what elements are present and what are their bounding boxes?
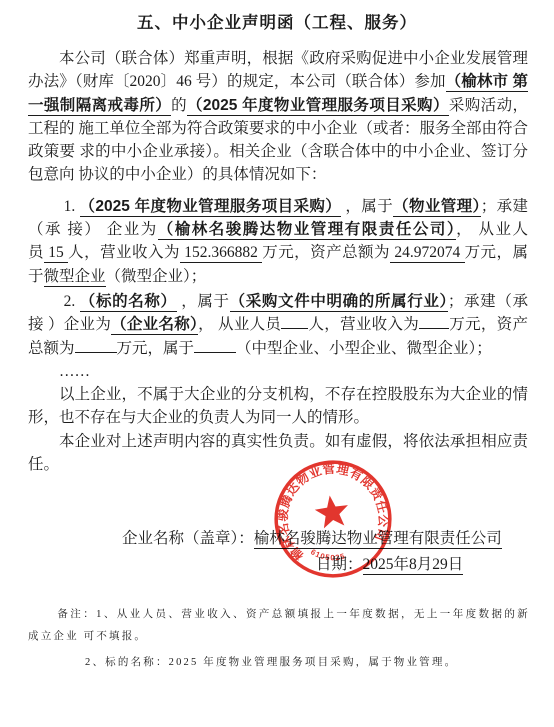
text-run: 微型企业 xyxy=(44,268,106,287)
text-run: 万元，资产总额为 xyxy=(262,244,390,261)
item-2: 2. （标的名称） ，属于（采购文件中明确的所属行业）；承建（承 接 ）企业为（… xyxy=(28,290,528,360)
text-run: （中型企业、小型企业、微型企业）； xyxy=(236,340,492,357)
text-run: （企业名称） xyxy=(111,316,198,335)
text-run: ， 从业人员 xyxy=(198,316,281,333)
text-run: （2025 年度物业管理服务项目采购） xyxy=(187,97,449,116)
text-run: 2. xyxy=(64,293,80,310)
blank-field xyxy=(75,338,117,353)
text-run: 152.366882 xyxy=(180,244,262,263)
text-run: 万元，属于 xyxy=(117,340,195,357)
text-run: （标的名称） xyxy=(80,293,177,312)
notes-section: 备注：1、从业人员、营业收入、资产总额填报上一年度数据，无上一年度数据的新成立企… xyxy=(28,604,530,674)
text-run: （微型企业）； xyxy=(106,268,207,285)
blank-field xyxy=(194,338,236,353)
text-run: （2025 年度物业管理服务项目采购） xyxy=(80,198,342,217)
text-run: …… xyxy=(59,363,90,380)
ellipsis-line: …… xyxy=(28,360,528,383)
note-item-1: 备注：1、从业人员、营业收入、资产总额填报上一年度数据，无上一年度数据的新成立企… xyxy=(28,604,530,648)
company-seal: 榆林名骏腾达物业管理有限责任公司 6105025 xyxy=(263,449,403,589)
text-run: 以上企业，不属于大企业的分支机构，不存在控股股东为大企业的情 形，也不存在与大企… xyxy=(28,386,528,426)
intro-paragraph: 本公司（联合体）郑重声明，根据《政府采购促进中小企业发展管理办法》（财库〔202… xyxy=(28,47,528,187)
note-item-2: 2、标的名称：2025 年度物业管理服务项目采购，属于物业管理。 xyxy=(85,652,530,674)
text-run: 人，营业收入为 xyxy=(68,244,180,261)
company-seal-label: 企业名称（盖章）： xyxy=(122,530,254,547)
text-run: （榆林名骏腾达物业管理有限责任公司） xyxy=(158,221,456,240)
text-run: （物业管理） xyxy=(393,198,481,217)
declaration-document-page: 五、中小企业声明函（工程、服务） 本公司（联合体）郑重声明，根据《政府采购促进中… xyxy=(0,0,554,727)
no-large-enterprise-paragraph: 以上企业，不属于大企业的分支机构，不存在控股股东为大企业的情 形，也不存在与大企… xyxy=(28,383,528,430)
blank-field xyxy=(281,314,308,329)
text-run: 15 xyxy=(44,244,68,263)
text-run: 24.972074 xyxy=(390,244,465,263)
item-1: 1. （2025 年度物业管理服务项目采购） ，属于（物业管理）；承建（承 接）… xyxy=(28,195,528,288)
document-title: 五、中小企业声明函（工程、服务） xyxy=(0,0,554,33)
text-run: 人，营业收入为 xyxy=(308,316,419,333)
text-run: ，属于 xyxy=(341,198,393,215)
seal-serial: 6105025 xyxy=(308,543,347,566)
document-body: 本公司（联合体）郑重声明，根据《政府采购促进中小企业发展管理办法》（财库〔202… xyxy=(28,47,528,476)
text-run: 1. xyxy=(64,198,80,215)
blank-field xyxy=(419,314,449,329)
red-star-icon xyxy=(313,493,351,529)
text-run: （采购文件中明确的所属行业） xyxy=(230,293,448,312)
text-run: ，属于 xyxy=(177,293,230,310)
text-run: 的 xyxy=(171,97,187,114)
